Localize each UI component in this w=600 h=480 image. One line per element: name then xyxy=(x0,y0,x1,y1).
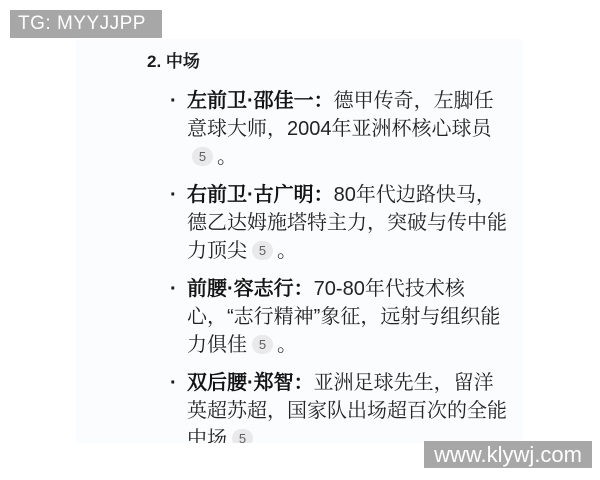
list-item: · 左前卫·邵佳一：德甲传奇，左脚任意球大师，2004年亚洲杯核心球员5。 xyxy=(170,87,523,171)
bullet-title: 右前卫·古广明： xyxy=(187,184,334,206)
bullet-text: 双后腰·郑智：亚洲足球先生，留洋英超苏超，国家队出场超百次的全能中场5 xyxy=(187,369,511,443)
bullet-text: 左前卫·邵佳一：德甲传奇，左脚任意球大师，2004年亚洲杯核心球员5。 xyxy=(187,87,511,171)
bullet-title: 双后腰·郑智： xyxy=(187,372,314,394)
citation-badge[interactable]: 5 xyxy=(232,429,253,443)
citation-badge[interactable]: 5 xyxy=(252,335,273,354)
list-item: · 双后腰·郑智：亚洲足球先生，留洋英超苏超，国家队出场超百次的全能中场5 xyxy=(170,369,523,443)
site-watermark-badge: www.klywj.com xyxy=(424,441,592,468)
bullet-text: 右前卫·古广明：80年代边路快马，德乙达姆施塔特主力，突破与传中能力顶尖5。 xyxy=(187,181,511,265)
bullet-text: 前腰·容志行：70-80年代技术核心，“志行精神”象征，远射与组织能力俱佳5。 xyxy=(187,275,511,359)
list-item: · 前腰·容志行：70-80年代技术核心，“志行精神”象征，远射与组织能力俱佳5… xyxy=(170,275,523,359)
bullet-suffix: 。 xyxy=(217,146,237,168)
tg-watermark-badge: TG: MYYJJPP xyxy=(10,10,162,38)
bullet-marker: · xyxy=(170,275,187,359)
list-item: · 右前卫·古广明：80年代边路快马，德乙达姆施塔特主力，突破与传中能力顶尖5。 xyxy=(170,181,523,265)
bullet-title: 左前卫·邵佳一： xyxy=(187,90,334,112)
section-heading: 2. 中场 xyxy=(147,47,523,72)
bullet-marker: · xyxy=(170,87,187,171)
bullet-title: 前腰·容志行： xyxy=(187,278,314,300)
bullet-suffix: 。 xyxy=(277,334,297,356)
bullet-marker: · xyxy=(170,369,187,443)
bullet-marker: · xyxy=(170,181,187,265)
bullet-list: · 左前卫·邵佳一：德甲传奇，左脚任意球大师，2004年亚洲杯核心球员5。 · … xyxy=(147,87,523,443)
content-panel: 2. 中场 · 左前卫·邵佳一：德甲传奇，左脚任意球大师，2004年亚洲杯核心球… xyxy=(76,39,523,443)
citation-badge[interactable]: 5 xyxy=(192,147,213,166)
bullet-suffix: 。 xyxy=(277,240,297,262)
citation-badge[interactable]: 5 xyxy=(252,241,273,260)
page: { "watermarks": { "tg_badge": "TG: MYYJJ… xyxy=(0,0,600,480)
